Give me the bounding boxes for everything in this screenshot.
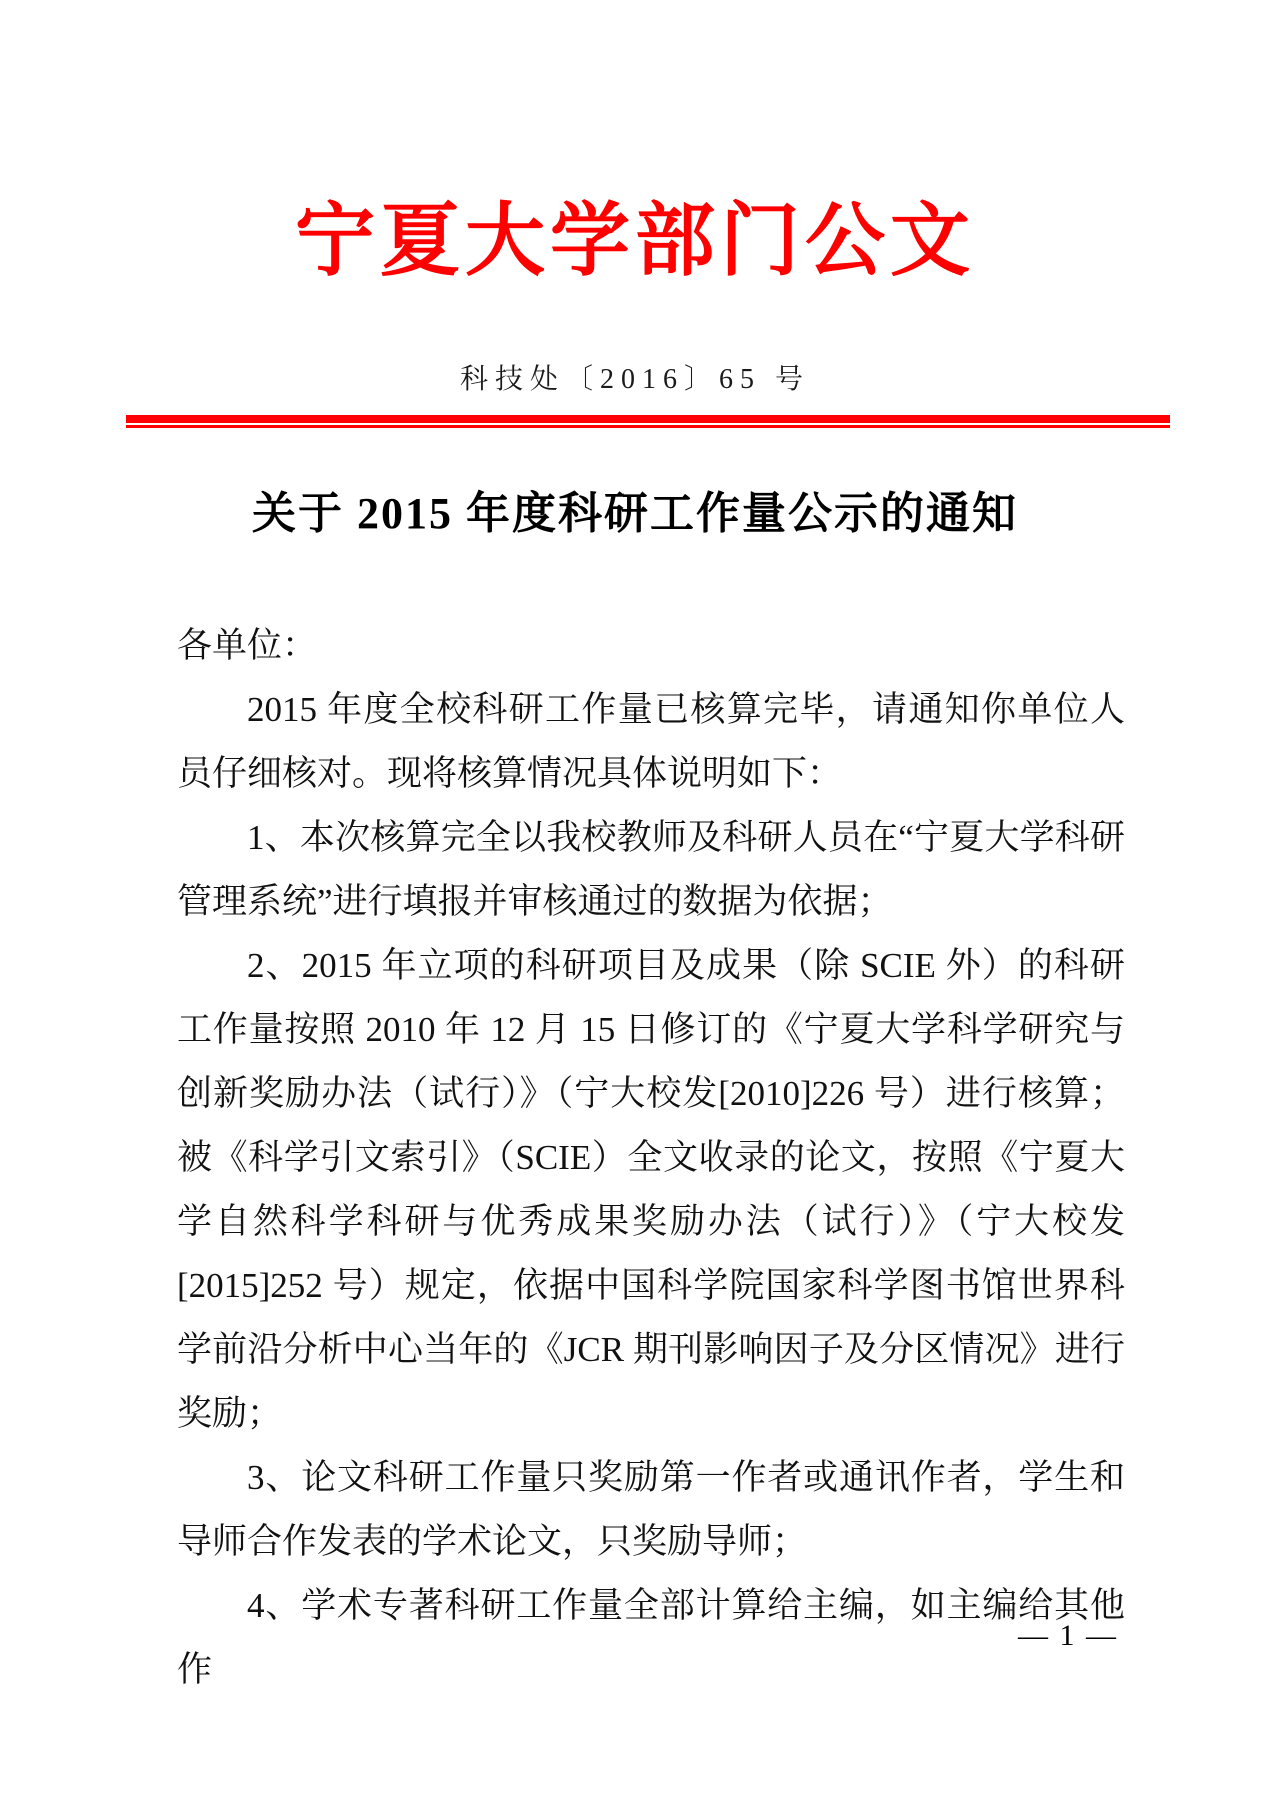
subject-title: 关于 2015 年度科研工作量公示的通知 <box>0 486 1270 542</box>
doc-number: 科技处〔2016〕65 号 <box>0 360 1270 400</box>
red-separator <box>126 415 1170 428</box>
document-body: 各单位： 2015 年度全校科研工作量已核算完毕，请通知你单位人员仔细核对。现将… <box>177 614 1125 1702</box>
body-paragraph: 2、2015 年立项的科研项目及成果（除 SCIE 外）的科研工作量按照 201… <box>177 934 1125 1446</box>
separator-thin-line <box>126 425 1170 428</box>
body-paragraph: 4、学术专著科研工作量全部计算给主编，如主编给其他作 <box>177 1574 1125 1702</box>
org-title: 宁夏大学部门公文 <box>0 186 1270 298</box>
page-number: — 1 — <box>1018 1618 1118 1654</box>
body-paragraph: 1、本次核算完全以我校教师及科研人员在“宁夏大学科研管理系统”进行填报并审核通过… <box>177 806 1125 934</box>
salutation: 各单位： <box>177 614 1125 678</box>
body-paragraph: 3、论文科研工作量只奖励第一作者或通讯作者，学生和导师合作发表的学术论文，只奖励… <box>177 1446 1125 1574</box>
document-page: 宁夏大学部门公文 科技处〔2016〕65 号 关于 2015 年度科研工作量公示… <box>0 0 1270 1796</box>
body-paragraph: 2015 年度全校科研工作量已核算完毕，请通知你单位人员仔细核对。现将核算情况具… <box>177 678 1125 806</box>
separator-thick-line <box>126 415 1170 423</box>
